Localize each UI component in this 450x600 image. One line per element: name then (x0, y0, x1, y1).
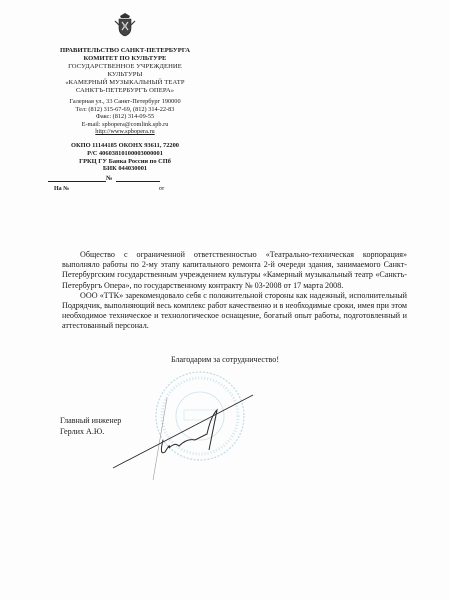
handwritten-signature-icon (105, 390, 255, 480)
fax: Факс: (812) 314-09-55 (40, 113, 210, 121)
letter-page: ПРАВИТЕЛЬСТВО САНКТ-ПЕТЕРБУРГА КОМИТЕТ П… (0, 0, 450, 600)
paragraph-2: ООО «ТТК» зарекомендовало себя с положит… (62, 291, 407, 332)
from-label: от (159, 186, 165, 192)
bank-line: ГРКЦ ГУ Банка России по СПб (40, 158, 210, 166)
government-line: ПРАВИТЕЛЬСТВО САНКТ-ПЕТЕРБУРГА (40, 47, 210, 55)
date-blank (116, 181, 160, 182)
address: Галерная ул., 33 Санкт-Петербург 190000 (40, 98, 210, 106)
letterhead: ПРАВИТЕЛЬСТВО САНКТ-ПЕТЕРБУРГА КОМИТЕТ П… (40, 10, 210, 173)
committee-line: КОМИТЕТ ПО КУЛЬТУРЕ (40, 55, 210, 63)
paragraph-1: Общество с ограниченной ответственностью… (62, 250, 407, 291)
coat-of-arms-icon (114, 12, 136, 38)
signatory-block: Главный инженер Герлих А.Ю. (60, 416, 121, 437)
letter-body: Общество с ограниченной ответственностью… (62, 250, 407, 332)
document-number-block: № На № от (48, 175, 208, 192)
theatre-name-line-2: САНКТЪ-ПЕТЕРБУРГЪ ОПЕРА» (40, 87, 210, 95)
bik-line: БИК 044030001 (40, 165, 210, 173)
institution-line-1: ГОСУДАРСТВЕННОЕ УЧРЕЖДЕНИЕ (40, 63, 210, 71)
website-link[interactable]: http://www.spbopera.ru (40, 128, 210, 136)
okpo-line: ОКПО 11144185 ОКОНХ 93611, 72200 (40, 142, 210, 150)
institution-line-2: КУЛЬТУРЫ (40, 71, 210, 79)
ref-label: На № (54, 186, 69, 192)
account-line: Р/С 40603810100003000001 (40, 150, 210, 158)
email: E-mail: spbopera@comlink.spb.ru (40, 121, 210, 129)
signatory-name: Герлих А.Ю. (60, 427, 121, 438)
phone: Тел: (812) 315-67-69, (812) 314-22-83 (40, 106, 210, 114)
closing-line: Благодарим за сотрудничество! (0, 355, 450, 364)
number-blank (48, 181, 106, 182)
signatory-position: Главный инженер (60, 416, 121, 427)
number-label: № (106, 175, 113, 182)
theatre-name-line-1: «КАМЕРНЫЙ МУЗЫКАЛЬНЫЙ ТЕАТР (40, 79, 210, 87)
